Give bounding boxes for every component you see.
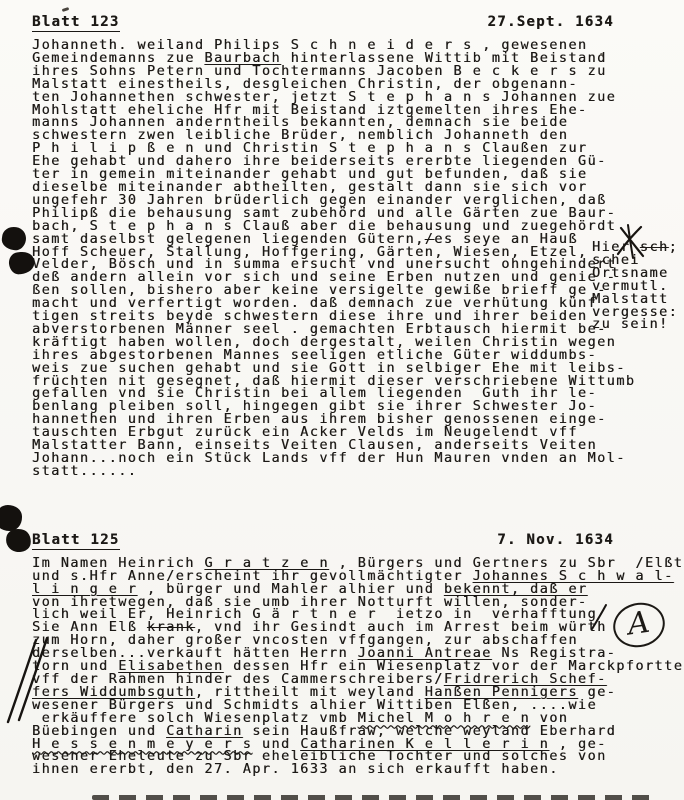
entry-header: Blatt 1257. Nov. 1634 (32, 532, 684, 550)
cutoff-next-line (92, 795, 654, 800)
ink-blob (1, 225, 28, 251)
double-slash-mark-icon (2, 634, 56, 728)
record-entry-blatt-123: Blatt 12327.Sept. 1634Johanneth. weiland… (32, 14, 684, 478)
margin-note-line: zu sein! (592, 318, 678, 331)
text-segment: statt...... (32, 463, 137, 479)
circled-letter: A (626, 608, 652, 641)
record-entry-blatt-125: Blatt 1257. Nov. 1634Im Namen Heinrich G… (32, 532, 684, 776)
text-segment: ; (669, 239, 679, 255)
entry-heading: Blatt 123 (32, 14, 120, 32)
document-page: { "page": {"background": "#fbfaf7", "ink… (0, 0, 684, 800)
slash-mark-icon (588, 602, 610, 632)
text-line: statt...... (32, 465, 684, 478)
entry-date: 27.Sept. 1634 (488, 14, 614, 32)
entry-header: Blatt 12327.Sept. 1634 (32, 14, 684, 32)
entry-date: 7. Nov. 1634 (497, 532, 614, 550)
text-segment: ihnen ererbt, den 27. Apr. 1633 an sich … (32, 761, 559, 777)
entry-heading: Blatt 125 (32, 532, 120, 550)
ink-blob (0, 505, 22, 531)
typed-text-block: Blatt 12327.Sept. 1634Johanneth. weiland… (32, 14, 684, 776)
text-segment: zu sein! (592, 316, 669, 332)
x-strike-mark-icon (612, 222, 650, 262)
ink-speck (62, 7, 70, 12)
ink-blob (4, 527, 33, 554)
ink-blob (8, 251, 35, 275)
text-line: ihnen ererbt, den 27. Apr. 1633 an sich … (32, 763, 684, 776)
ink-speck (600, 53, 603, 56)
